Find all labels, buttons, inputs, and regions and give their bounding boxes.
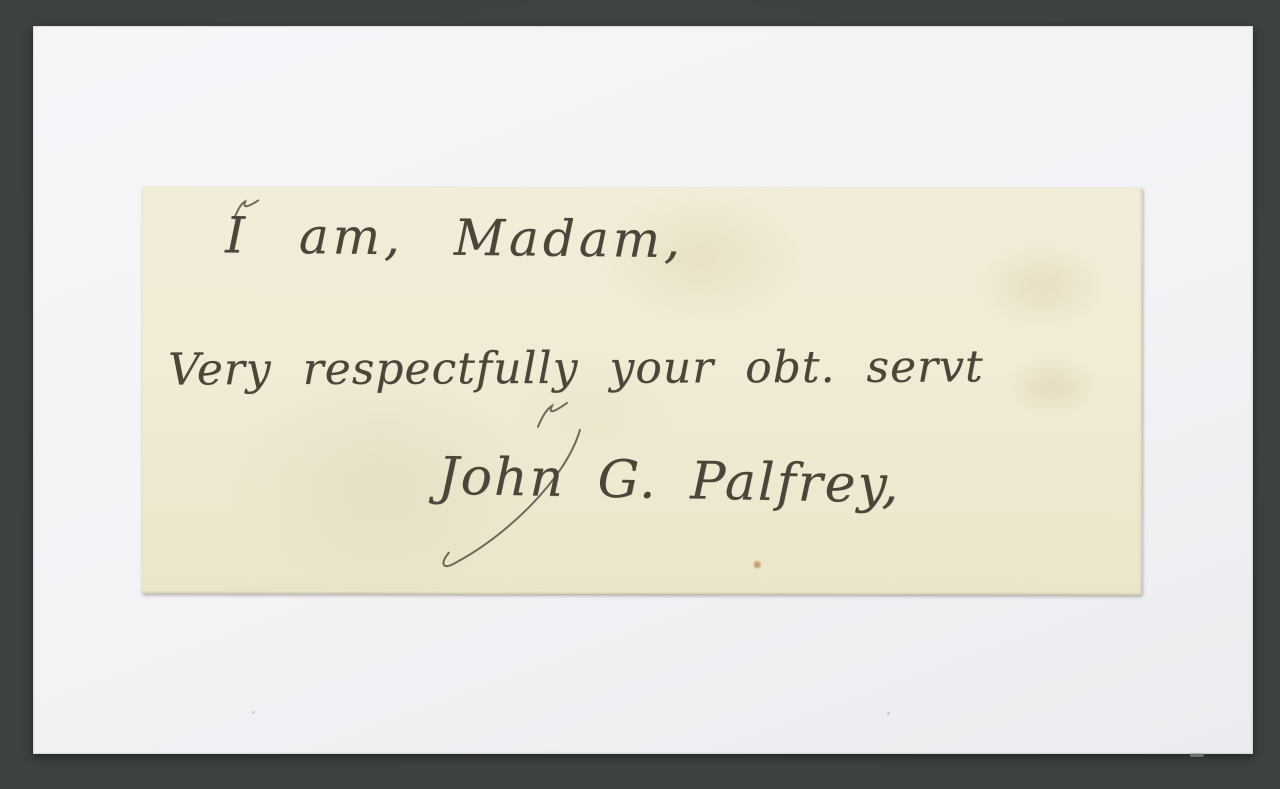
mat-card: I am, Madam, Very respectfully your obt.…	[33, 26, 1253, 754]
photo-backdrop: I am, Madam, Very respectfully your obt.…	[0, 0, 1280, 789]
handwriting-valediction-line: Very respectfully your obt. servt	[168, 341, 984, 395]
dust-speck	[887, 712, 890, 715]
foxing-spot	[753, 560, 762, 569]
autograph-slip: I am, Madam, Very respectfully your obt.…	[142, 186, 1143, 594]
card-edge-mark	[1190, 753, 1204, 757]
dust-speck	[252, 711, 255, 714]
signature-john-g-palfrey: John G. Palfrey,	[437, 447, 901, 516]
handwriting-closing-line: I am, Madam,	[225, 206, 684, 269]
